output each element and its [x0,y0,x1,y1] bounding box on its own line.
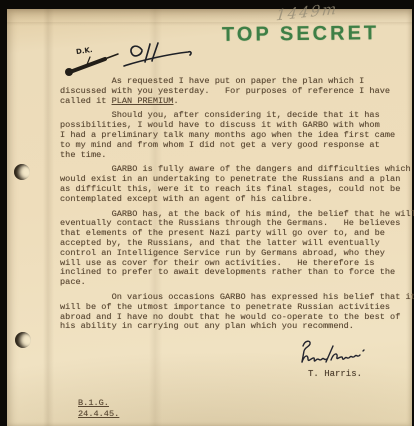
punch-hole-bottom [15,332,31,348]
paragraph: As requested I have put on paper the pla… [60,77,410,106]
top-secret-stamp: TOP SECRET [222,22,379,47]
harris-signature [293,338,371,372]
signatory-typed-name: T. Harris. [308,369,362,379]
punch-hole-top [14,164,30,180]
reference-block: B.1.G. 24.4.45. [78,398,119,419]
typed-line: called it PLAN PREMIUM. [60,97,410,107]
paragraph: On various occasions GARBO has expressed… [60,293,410,332]
typed-line: the time. [60,151,410,161]
typed-line: pace. [60,278,410,288]
typed-line: contemplated except with an agent of his… [60,195,410,205]
typed-line: his ability in carrying out any plan whi… [60,322,410,332]
section-reference: B.1.G. [78,398,119,409]
date-line: 24.4.45. [78,409,119,420]
paragraph: Should you, after considering it, decide… [60,111,410,160]
ink-initials-mark [122,40,194,72]
paragraph: GARBO is fully aware of the dangers and … [60,165,410,204]
typed-line: inclined to prefer to await developments… [60,268,410,278]
paragraph: GARBO has, at the back of his mind, the … [60,210,410,288]
scanned-document-page: { "stamp": { "text": "TOP SECRET", "colo… [0,0,414,426]
typed-body: As requested I have put on paper the pla… [60,77,410,337]
ink-scribble-mark [62,46,124,80]
typed-line: to my mind and from whom I did not get a… [60,141,410,151]
